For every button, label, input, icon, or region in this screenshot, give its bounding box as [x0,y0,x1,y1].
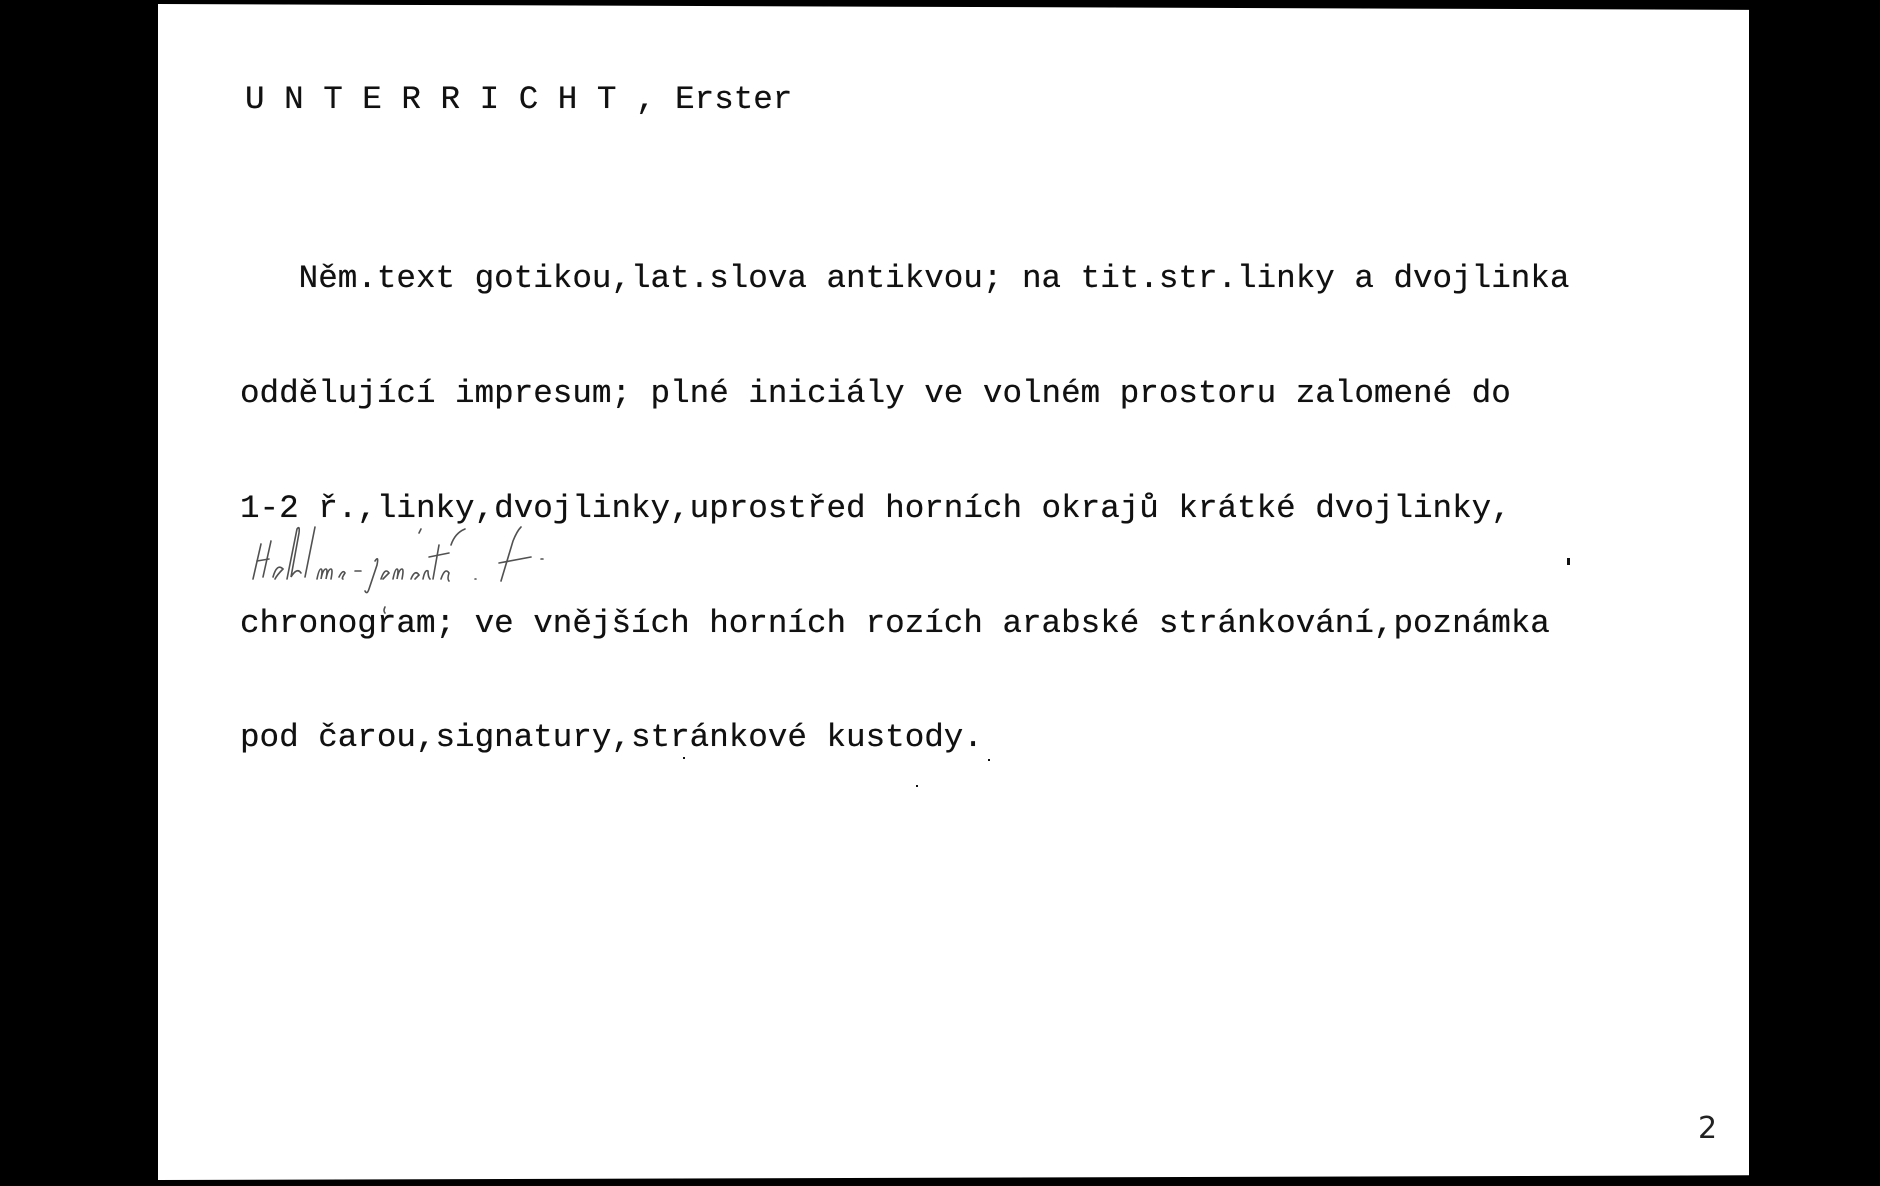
description-line-2: oddělující impresum; plné iniciály ve vo… [240,369,1569,419]
signature-scribble-icon [243,499,643,619]
card-title: U N T E R R I C H T , Erster [245,84,792,117]
handwritten-signature [243,499,643,619]
title-subheading: Erster [675,81,792,118]
paper-speck [683,757,685,759]
title-heading: U N T E R R I C H T [245,81,616,118]
paper-speck [916,785,918,787]
paper-speck [1567,558,1570,565]
paper-speck [988,759,990,761]
page-number: 2 [1698,1114,1717,1144]
description-line-5: pod čarou,signatury,stránkové kustody. [240,713,1569,763]
description-line-1: Něm.text gotikou,lat.slova antikvou; na … [240,254,1569,304]
title-separator: , [616,81,675,118]
catalogue-card: U N T E R R I C H T , Erster Něm.text go… [158,4,1749,1180]
